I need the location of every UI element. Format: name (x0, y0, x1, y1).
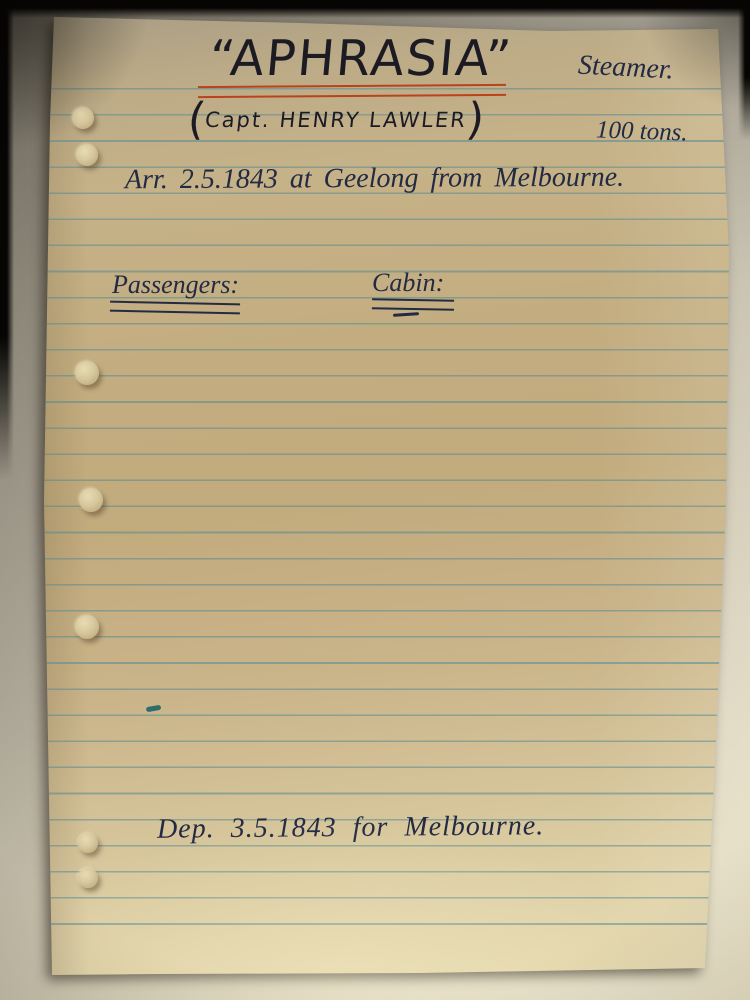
punch-hole (75, 361, 99, 385)
tonnage-note: 100 tons. (596, 116, 689, 147)
cabin-heading: Cabin: (372, 268, 444, 298)
cabin-underline (372, 298, 454, 310)
punch-hole (79, 488, 103, 512)
punch-hole (75, 615, 99, 639)
punch-hole (72, 107, 94, 129)
departure-line: Dep. 3.5.1843 for Melbourne. (157, 810, 544, 845)
captain-name: Capt. HENRY LAWLER (204, 108, 468, 132)
paper-sheet: “APHRASIA” Steamer. (Capt. HENRY LAWLER)… (40, 12, 732, 980)
passengers-heading: Passengers: (112, 270, 239, 300)
steamer-note: Steamer. (577, 50, 674, 87)
captain-line: (Capt. HENRY LAWLER) (159, 108, 514, 132)
punch-hole (78, 868, 98, 888)
arrival-line: Arr. 2.5.1843 at Geelong from Melbourne. (125, 162, 624, 197)
photo-frame: “APHRASIA” Steamer. (Capt. HENRY LAWLER)… (0, 0, 750, 1000)
title-red-underline (198, 84, 506, 98)
paper-shadow-wrap: “APHRASIA” Steamer. (Capt. HENRY LAWLER)… (0, 0, 750, 1000)
punch-hole (78, 833, 98, 853)
ship-name-title: “APHRASIA” (169, 30, 554, 87)
punch-hole (76, 144, 98, 166)
